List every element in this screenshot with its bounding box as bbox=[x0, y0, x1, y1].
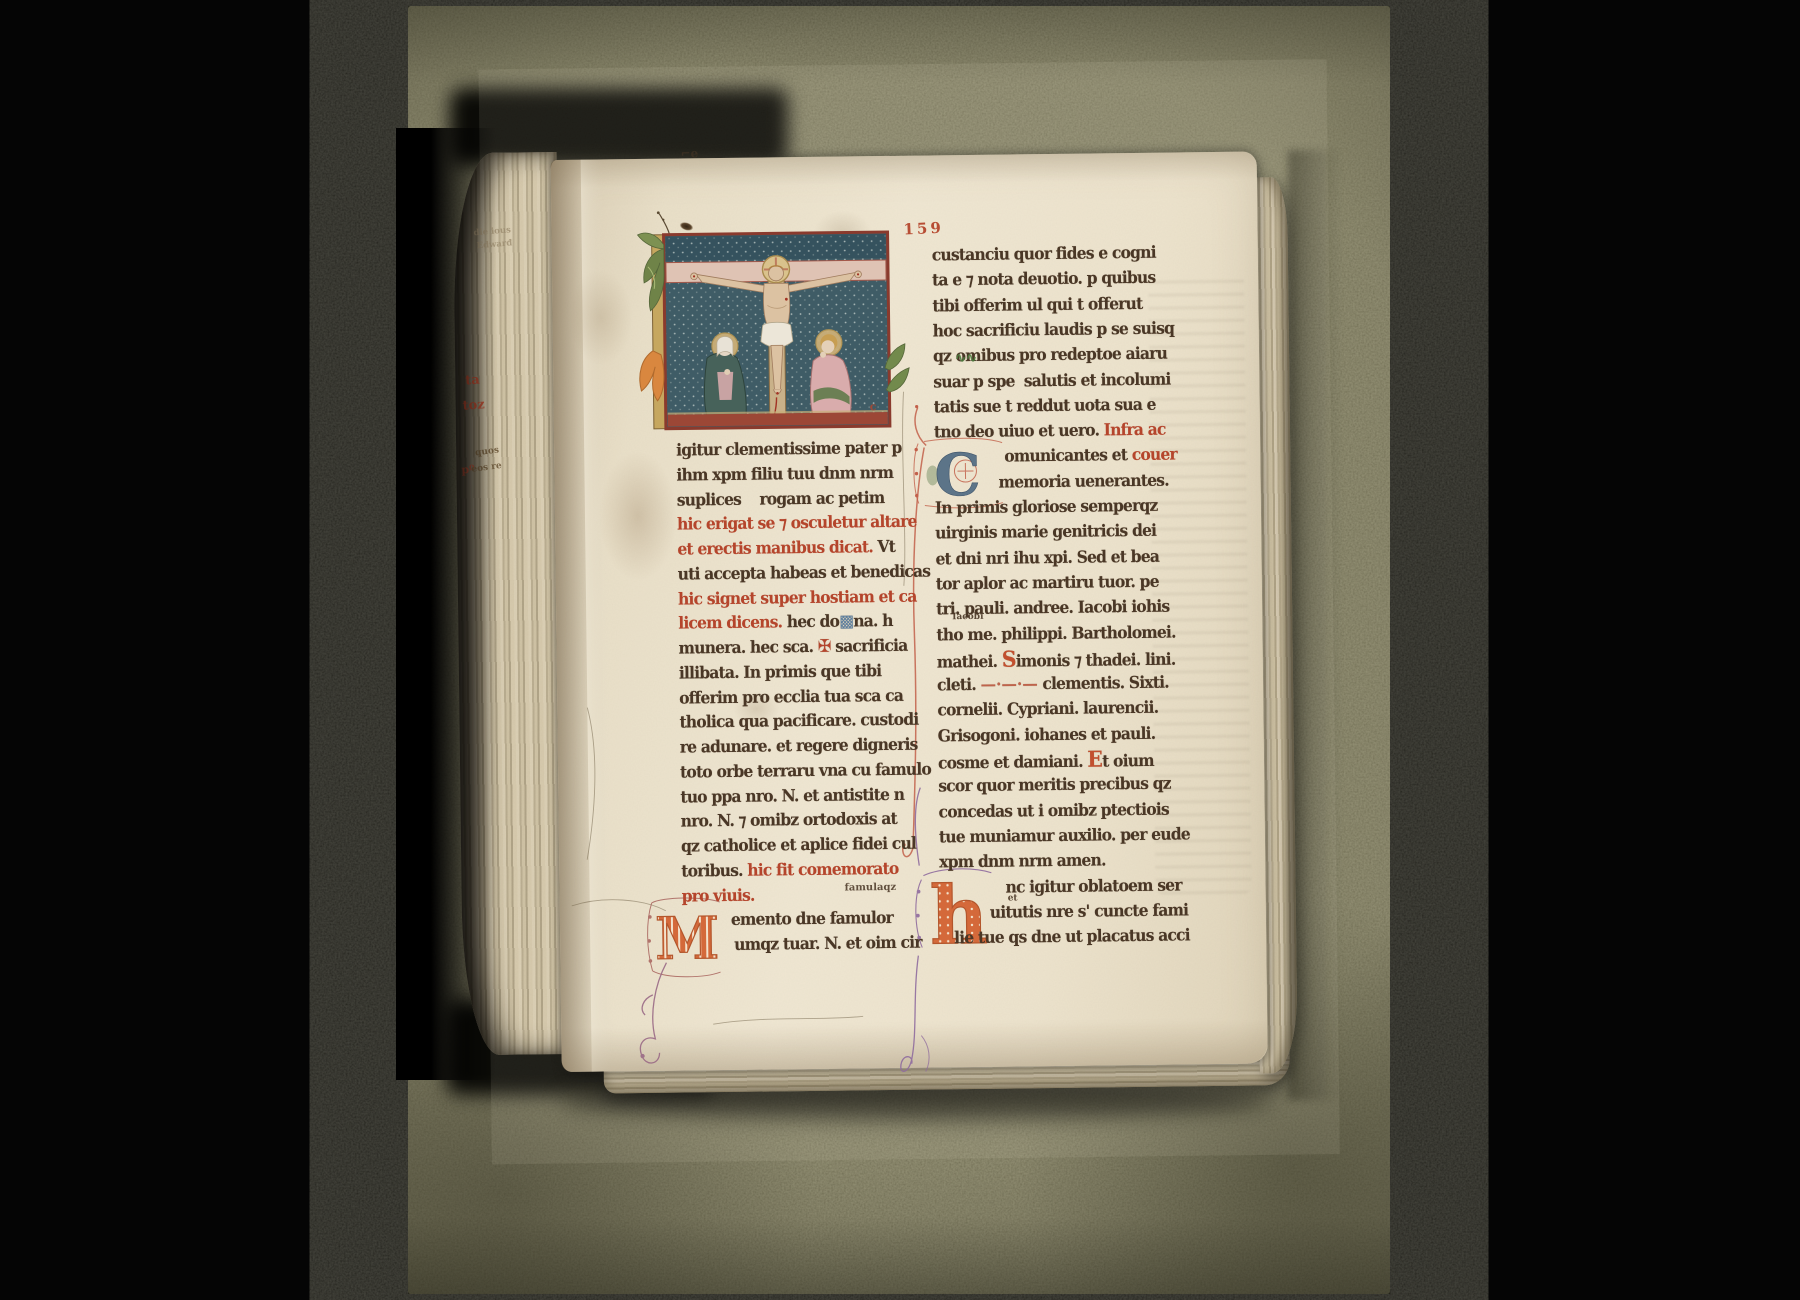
marginal-note: c bbox=[870, 400, 877, 413]
marginal-note: famulaqz bbox=[844, 882, 896, 894]
marginal-note: ∿∿ bbox=[955, 351, 977, 366]
marginal-note: Iacobi bbox=[952, 612, 983, 622]
leaf-annotations: famulaqzIacobiet⌐e∿∿c bbox=[551, 151, 1268, 1072]
manuscript-recto-page: 159 bbox=[551, 151, 1268, 1072]
manuscript-photograph: 159 bbox=[0, 0, 1800, 1300]
open-manuscript-book: 159 bbox=[0, 0, 1800, 1300]
fore-edge-shade bbox=[1288, 150, 1340, 1100]
marginal-note: et bbox=[1008, 893, 1018, 903]
gutter-deep-shadow bbox=[396, 128, 496, 1080]
marginal-note: ⌐e bbox=[680, 146, 698, 160]
